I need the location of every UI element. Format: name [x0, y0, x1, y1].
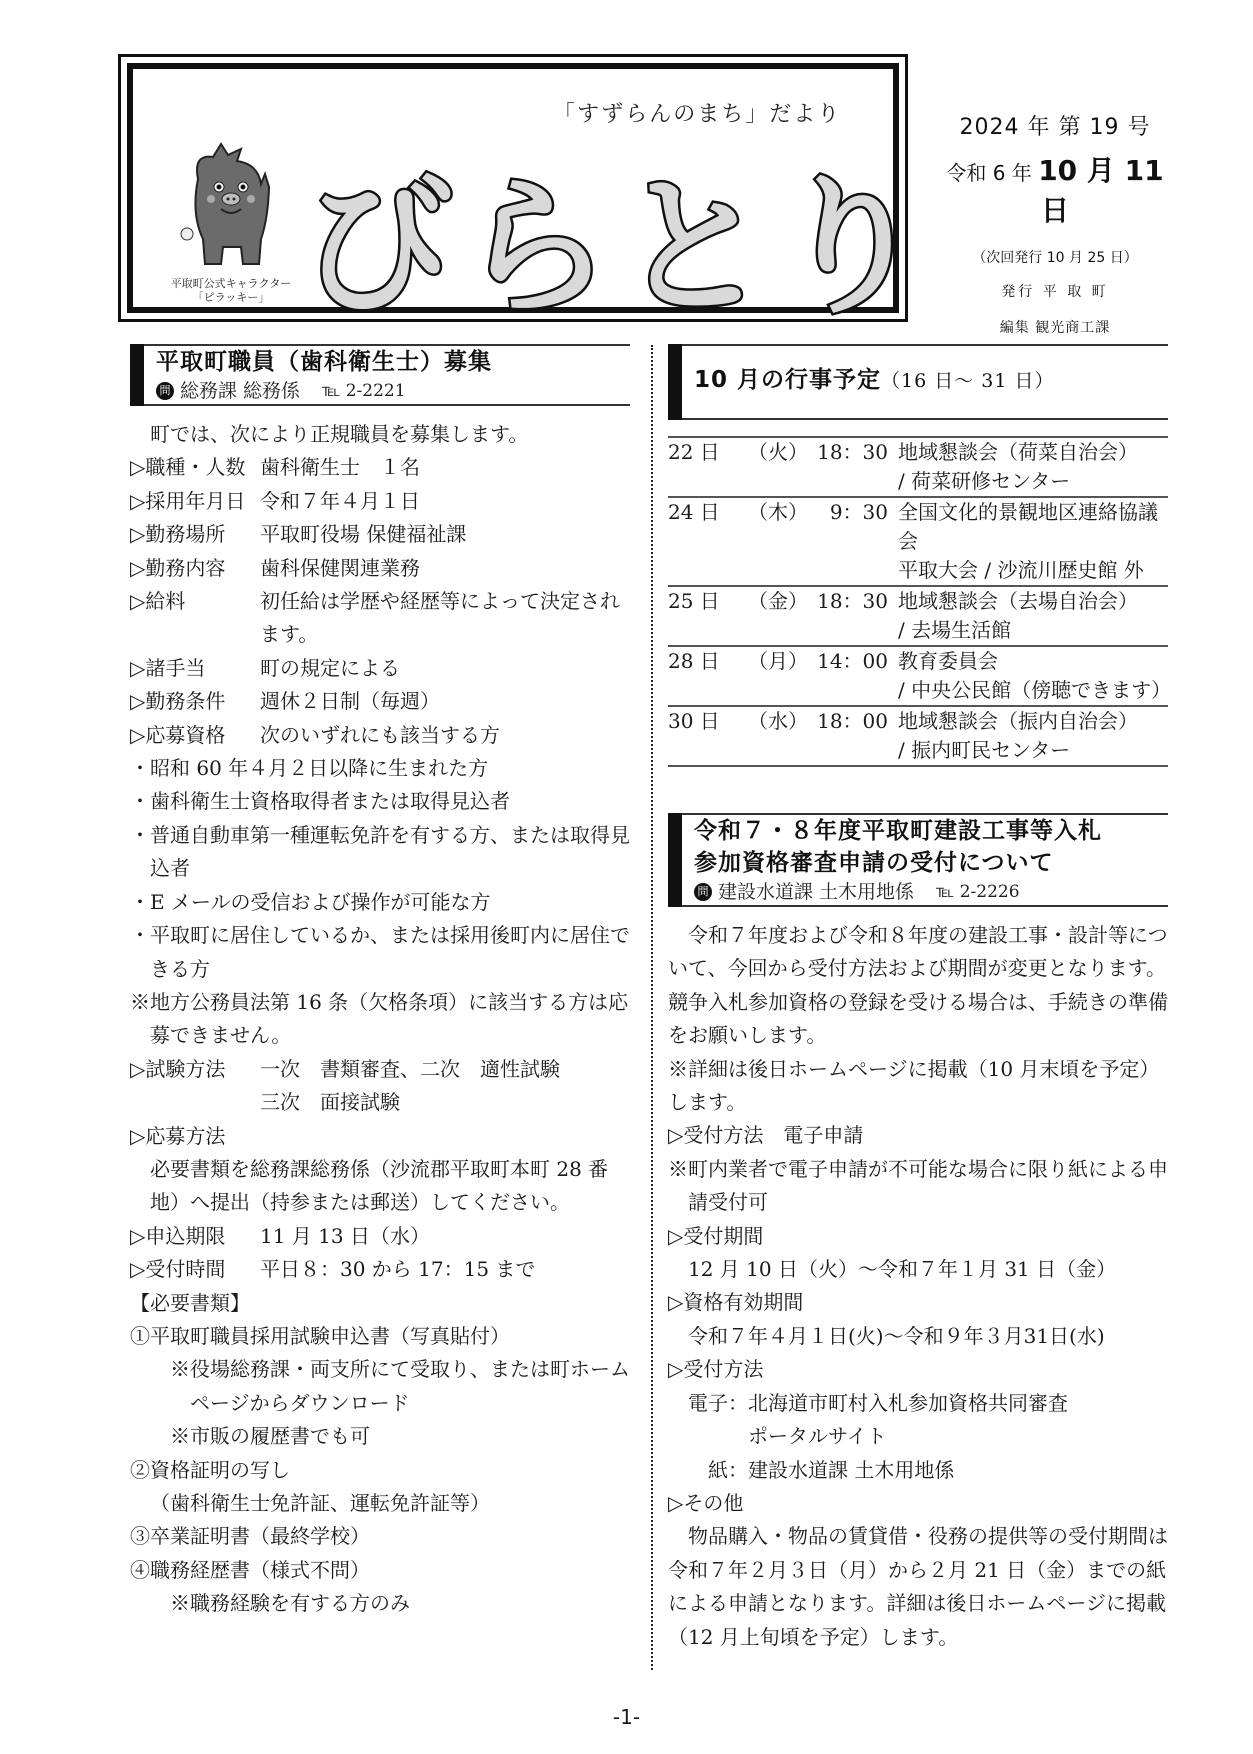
newsletter-subtitle: 「すずらんのまち」だより: [553, 97, 841, 128]
item-value: 週休２日制（毎週）: [260, 685, 630, 718]
bid-note: ※詳細は後日ホームページに掲載（10 月末頃を予定）します。: [668, 1053, 1168, 1120]
event-time: 18：30: [806, 438, 898, 496]
bid-intro: 令和７年度および令和８年度の建設工事・設計等について、今回から受付方法および期間…: [668, 919, 1168, 1053]
item-label: ▷採用年月日: [130, 485, 260, 518]
item-label: ▷給料: [130, 585, 260, 652]
bid-body: 令和７年度および令和８年度の建設工事・設計等について、今回から受付方法および期間…: [668, 919, 1168, 1654]
schedule-row: 25 日 （金） 18：30 地域懇談会（去場自治会）/ 去場生活館: [668, 587, 1168, 647]
event-date: 25 日: [668, 587, 748, 645]
required-doc-note: （歯科衛生士免許証、運転免許証等）: [130, 1487, 630, 1520]
event-weekday: （金）: [748, 587, 806, 645]
exam-line: 一次 書類審査、二次 適性試験: [260, 1053, 630, 1086]
event-name: 教育委員会: [898, 647, 1168, 676]
exam-label: ▷試験方法: [130, 1053, 260, 1120]
issue-date: 令和 6 年 10 月 11 日: [930, 149, 1180, 229]
publisher: 発行 平 取 町: [930, 281, 1180, 301]
event-place: 平取大会 / 沙流川歴史館 外: [898, 556, 1168, 585]
bid-method-label: ▷受付方法: [668, 1353, 1168, 1386]
schedule-table: 22 日 （火） 18：30 地域懇談会（荷菜自治会）/ 荷菜研修センター 24…: [668, 436, 1168, 767]
method-label: 紙：: [688, 1454, 748, 1487]
item-value: 次のいずれにも該当する方: [260, 719, 630, 752]
item-label: ▷勤務内容: [130, 552, 260, 585]
mascot-caption: 平取町公式キャラクター 「ピラッキー」: [151, 277, 311, 305]
bid-valid-value: 令和７年４月１日(火)～令和９年３月31日(水): [668, 1320, 1168, 1353]
method-value-line: 北海道市町村入札参加資格共同審査: [748, 1387, 1068, 1420]
event-place: / 振内町民センター: [898, 736, 1168, 765]
qualification-item: ・歯科衛生士資格取得者または取得見込者: [130, 785, 630, 818]
item-value: 町の規定による: [260, 652, 630, 685]
recruit-item: ▷応募資格次のいずれにも該当する方: [130, 719, 630, 752]
exam-line: 三次 面接試験: [260, 1086, 630, 1119]
issue-info: 2024 年 第 19 号 令和 6 年 10 月 11 日 （次回発行 10 …: [930, 110, 1180, 337]
disqualification-note: ※地方公務員法第 16 条（欠格条項）に該当する方は応募できません。: [130, 986, 630, 1053]
bid-other-text: 物品購入・物品の賃貸借・役務の提供等の受付期間は令和７年２月３日（月）から２月 …: [668, 1520, 1168, 1654]
issue-year-number: 2024 年 第 19 号: [930, 110, 1180, 141]
exam-method: ▷試験方法 一次 書類審査、二次 適性試験 三次 面接試験: [130, 1053, 630, 1120]
recruit-item: ▷勤務内容歯科保健関連業務: [130, 552, 630, 585]
item-label: ▷諸手当: [130, 652, 260, 685]
event-weekday: （火）: [748, 438, 806, 496]
required-doc-note: ※市販の履歴書でも可: [130, 1420, 630, 1453]
bid-heading: 令和７・８年度平取町建設工事等入札 参加資格審査申請の受付について 問 建設水道…: [668, 813, 1168, 907]
event-date: 22 日: [668, 438, 748, 496]
masthead-frame: 平取町公式キャラクター 「ピラッキー」 「すずらんのまち」だより びらとり: [127, 63, 899, 313]
required-doc-item: ④職務経歴書（様式不問）: [130, 1554, 630, 1587]
item-value: 歯科衛生士 １名: [260, 451, 630, 484]
bid-note: ※町内業者で電子申請が不可能な場合に限り紙による申請受付可: [668, 1153, 1168, 1220]
newsletter-title: びらとり: [303, 161, 893, 319]
required-doc-item: ①平取町職員採用試験申込書（写真貼付）: [130, 1320, 630, 1353]
event-weekday: （月）: [748, 647, 806, 705]
recruitment-article: 平取町職員（歯科衛生士）募集 問 総務課 総務係 ℡ 2-2221 町では、次に…: [130, 344, 630, 1621]
event-weekday: （木）: [748, 498, 806, 585]
event-name: 全国文化的景観地区連絡協議会: [898, 498, 1168, 556]
column-divider: [651, 345, 653, 1670]
right-column: 10 月の行事予定（16 日～ 31 日） 22 日 （火） 18：30 地域懇…: [668, 344, 1168, 1654]
event-place: / 中央公民館（傍聴できます）: [898, 676, 1168, 705]
reception-hours: ▷受付時間平日８：30 から 17：15 まで: [130, 1253, 630, 1286]
schedule-title-wrap: 10 月の行事予定（16 日～ 31 日）: [694, 346, 1168, 415]
event-desc: 教育委員会/ 中央公民館（傍聴できます）: [898, 647, 1168, 705]
event-date: 30 日: [668, 707, 748, 765]
masthead: 平取町公式キャラクター 「ピラッキー」 「すずらんのまち」だより びらとり: [118, 54, 908, 322]
item-value: 令和７年４月１日: [260, 485, 630, 518]
recruitment-body: 町では、次により正規職員を募集します。 ▷職種・人数歯科衛生士 １名 ▷採用年月…: [130, 418, 630, 1621]
qualification-item: ・昭和 60 年４月２日以降に生まれた方: [130, 752, 630, 785]
event-desc: 地域懇談会（去場自治会）/ 去場生活館: [898, 587, 1168, 645]
method-value: 北海道市町村入札参加資格共同審査 ポータルサイト: [748, 1387, 1068, 1454]
issue-era: 令和 6 年: [946, 161, 1031, 185]
deadline-label: ▷申込期限: [130, 1220, 260, 1253]
next-issue: （次回発行 10 月 25 日）: [930, 247, 1180, 267]
event-date: 28 日: [668, 647, 748, 705]
bid-valid-label: ▷資格有効期間: [668, 1286, 1168, 1319]
exam-value: 一次 書類審査、二次 適性試験 三次 面接試験: [260, 1053, 630, 1120]
bid-other-label: ▷その他: [668, 1487, 1168, 1520]
event-place: / 去場生活館: [898, 616, 1168, 645]
recruitment-title: 平取町職員（歯科衛生士）募集: [156, 346, 630, 378]
recruit-item: ▷職種・人数歯科衛生士 １名: [130, 451, 630, 484]
bid-period-label: ▷受付期間: [668, 1220, 1168, 1253]
hours-label: ▷受付時間: [130, 1253, 260, 1286]
bid-period-value: 12 月 10 日（火）～令和７年１月 31 日（金）: [668, 1253, 1168, 1286]
inquiry-icon: 問: [156, 382, 174, 400]
item-value: 歯科保健関連業務: [260, 552, 630, 585]
schedule-range: （16 日～ 31 日）: [881, 370, 1054, 392]
item-value: 初任給は学歴や経歴等によって決定されます。: [260, 585, 630, 652]
method-value: 建設水道課 土木用地係: [748, 1454, 954, 1487]
bid-method-paper-row: 紙： 建設水道課 土木用地係: [668, 1454, 1168, 1487]
page-number: -1-: [0, 1705, 1253, 1729]
deadline: ▷申込期限11 月 13 日（水）: [130, 1220, 630, 1253]
schedule-heading: 10 月の行事予定（16 日～ 31 日）: [668, 344, 1168, 420]
recruit-item: ▷給料初任給は学歴や経歴等によって決定されます。: [130, 585, 630, 652]
issue-date-main: 10 月 11 日: [1038, 154, 1163, 227]
event-place: / 荷菜研修センター: [898, 467, 1168, 496]
event-desc: 全国文化的景観地区連絡協議会平取大会 / 沙流川歴史館 外: [898, 498, 1168, 585]
qualification-item: ・E メールの受信および操作が可能な方: [130, 886, 630, 919]
mascot-caption-line1: 平取町公式キャラクター: [151, 277, 311, 291]
event-date: 24 日: [668, 498, 748, 585]
event-desc: 地域懇談会（荷菜自治会）/ 荷菜研修センター: [898, 438, 1168, 496]
hours-value: 平日８：30 から 17：15 まで: [260, 1253, 630, 1286]
schedule-row: 24 日 （木） 9：30 全国文化的景観地区連絡協議会平取大会 / 沙流川歴史…: [668, 498, 1168, 587]
recruit-item: ▷諸手当町の規定による: [130, 652, 630, 685]
event-desc: 地域懇談会（振内自治会）/ 振内町民センター: [898, 707, 1168, 765]
method-label: 電子：: [688, 1387, 748, 1454]
event-name: 地域懇談会（振内自治会）: [898, 707, 1168, 736]
required-doc-item: ②資格証明の写し: [130, 1454, 630, 1487]
event-name: 地域懇談会（荷菜自治会）: [898, 438, 1168, 467]
event-time: 14：00: [806, 647, 898, 705]
event-time: 18：30: [806, 587, 898, 645]
recruit-item: ▷採用年月日令和７年４月１日: [130, 485, 630, 518]
bid-title-line1: 令和７・８年度平取町建設工事等入札: [694, 815, 1168, 847]
item-value: 平取町役場 保健福祉課: [260, 518, 630, 551]
required-doc-note: ※職務経験を有する方のみ: [130, 1587, 630, 1620]
recruit-item: ▷勤務場所平取町役場 保健福祉課: [130, 518, 630, 551]
required-doc-note: ※役場総務課・両支所にて受取り、または町ホームページからダウンロード: [130, 1353, 630, 1420]
event-weekday: （水）: [748, 707, 806, 765]
event-time: 9：30: [806, 498, 898, 585]
schedule-title: 10 月の行事予定: [694, 367, 881, 393]
qualification-item: ・平取町に居住しているか、または採用後町内に居住できる方: [130, 919, 630, 986]
method-value-line: ポータルサイト: [748, 1420, 1068, 1453]
item-label: ▷勤務条件: [130, 685, 260, 718]
mascot-character-image: [173, 139, 283, 269]
newsletter-logo: びらとり: [293, 139, 893, 319]
deadline-value: 11 月 13 日（水）: [260, 1220, 630, 1253]
apply-text: 必要書類を総務課総務係（沙流郡平取町本町 28 番地）へ提出（持参または郵送）し…: [130, 1153, 630, 1220]
editor: 編集 観光商工課: [930, 317, 1180, 337]
contact-phone: ℡ 2-2226: [936, 879, 1020, 905]
contact-phone: ℡ 2-2221: [322, 378, 406, 404]
apply-label: ▷応募方法: [130, 1120, 630, 1153]
event-name: 地域懇談会（去場自治会）: [898, 587, 1168, 616]
bid-contact: 問 建設水道課 土木用地係 ℡ 2-2226: [694, 879, 1168, 905]
item-label: ▷勤務場所: [130, 518, 260, 551]
qualification-item: ・普通自動車第一種運転免許を有する方、または取得見込者: [130, 819, 630, 886]
item-label: ▷応募資格: [130, 719, 260, 752]
required-doc-item: ③卒業証明書（最終学校）: [130, 1520, 630, 1553]
recruit-item: ▷勤務条件週休２日制（毎週）: [130, 685, 630, 718]
schedule-row: 28 日 （月） 14：00 教育委員会/ 中央公民館（傍聴できます）: [668, 647, 1168, 707]
inquiry-icon: 問: [694, 883, 712, 901]
bid-title-line2: 参加資格審査申請の受付について: [694, 847, 1168, 879]
required-docs-heading: 【必要書類】: [130, 1287, 630, 1320]
contact-department: 総務課 総務係: [180, 378, 300, 404]
bid-method-electronic-row: 電子： 北海道市町村入札参加資格共同審査 ポータルサイト: [668, 1387, 1168, 1454]
schedule-row: 30 日 （水） 18：00 地域懇談会（振内自治会）/ 振内町民センター: [668, 707, 1168, 767]
contact-department: 建設水道課 土木用地係: [718, 879, 914, 905]
mascot-caption-name: 「ピラッキー」: [151, 291, 311, 305]
schedule-row: 22 日 （火） 18：30 地域懇談会（荷菜自治会）/ 荷菜研修センター: [668, 438, 1168, 498]
bid-method-electronic: ▷受付方法 電子申請: [668, 1119, 1168, 1152]
event-time: 18：00: [806, 707, 898, 765]
recruitment-heading: 平取町職員（歯科衛生士）募集 問 総務課 総務係 ℡ 2-2221: [130, 344, 630, 406]
item-label: ▷職種・人数: [130, 451, 260, 484]
recruitment-intro: 町では、次により正規職員を募集します。: [130, 418, 630, 451]
recruitment-contact: 問 総務課 総務係 ℡ 2-2221: [156, 378, 630, 404]
